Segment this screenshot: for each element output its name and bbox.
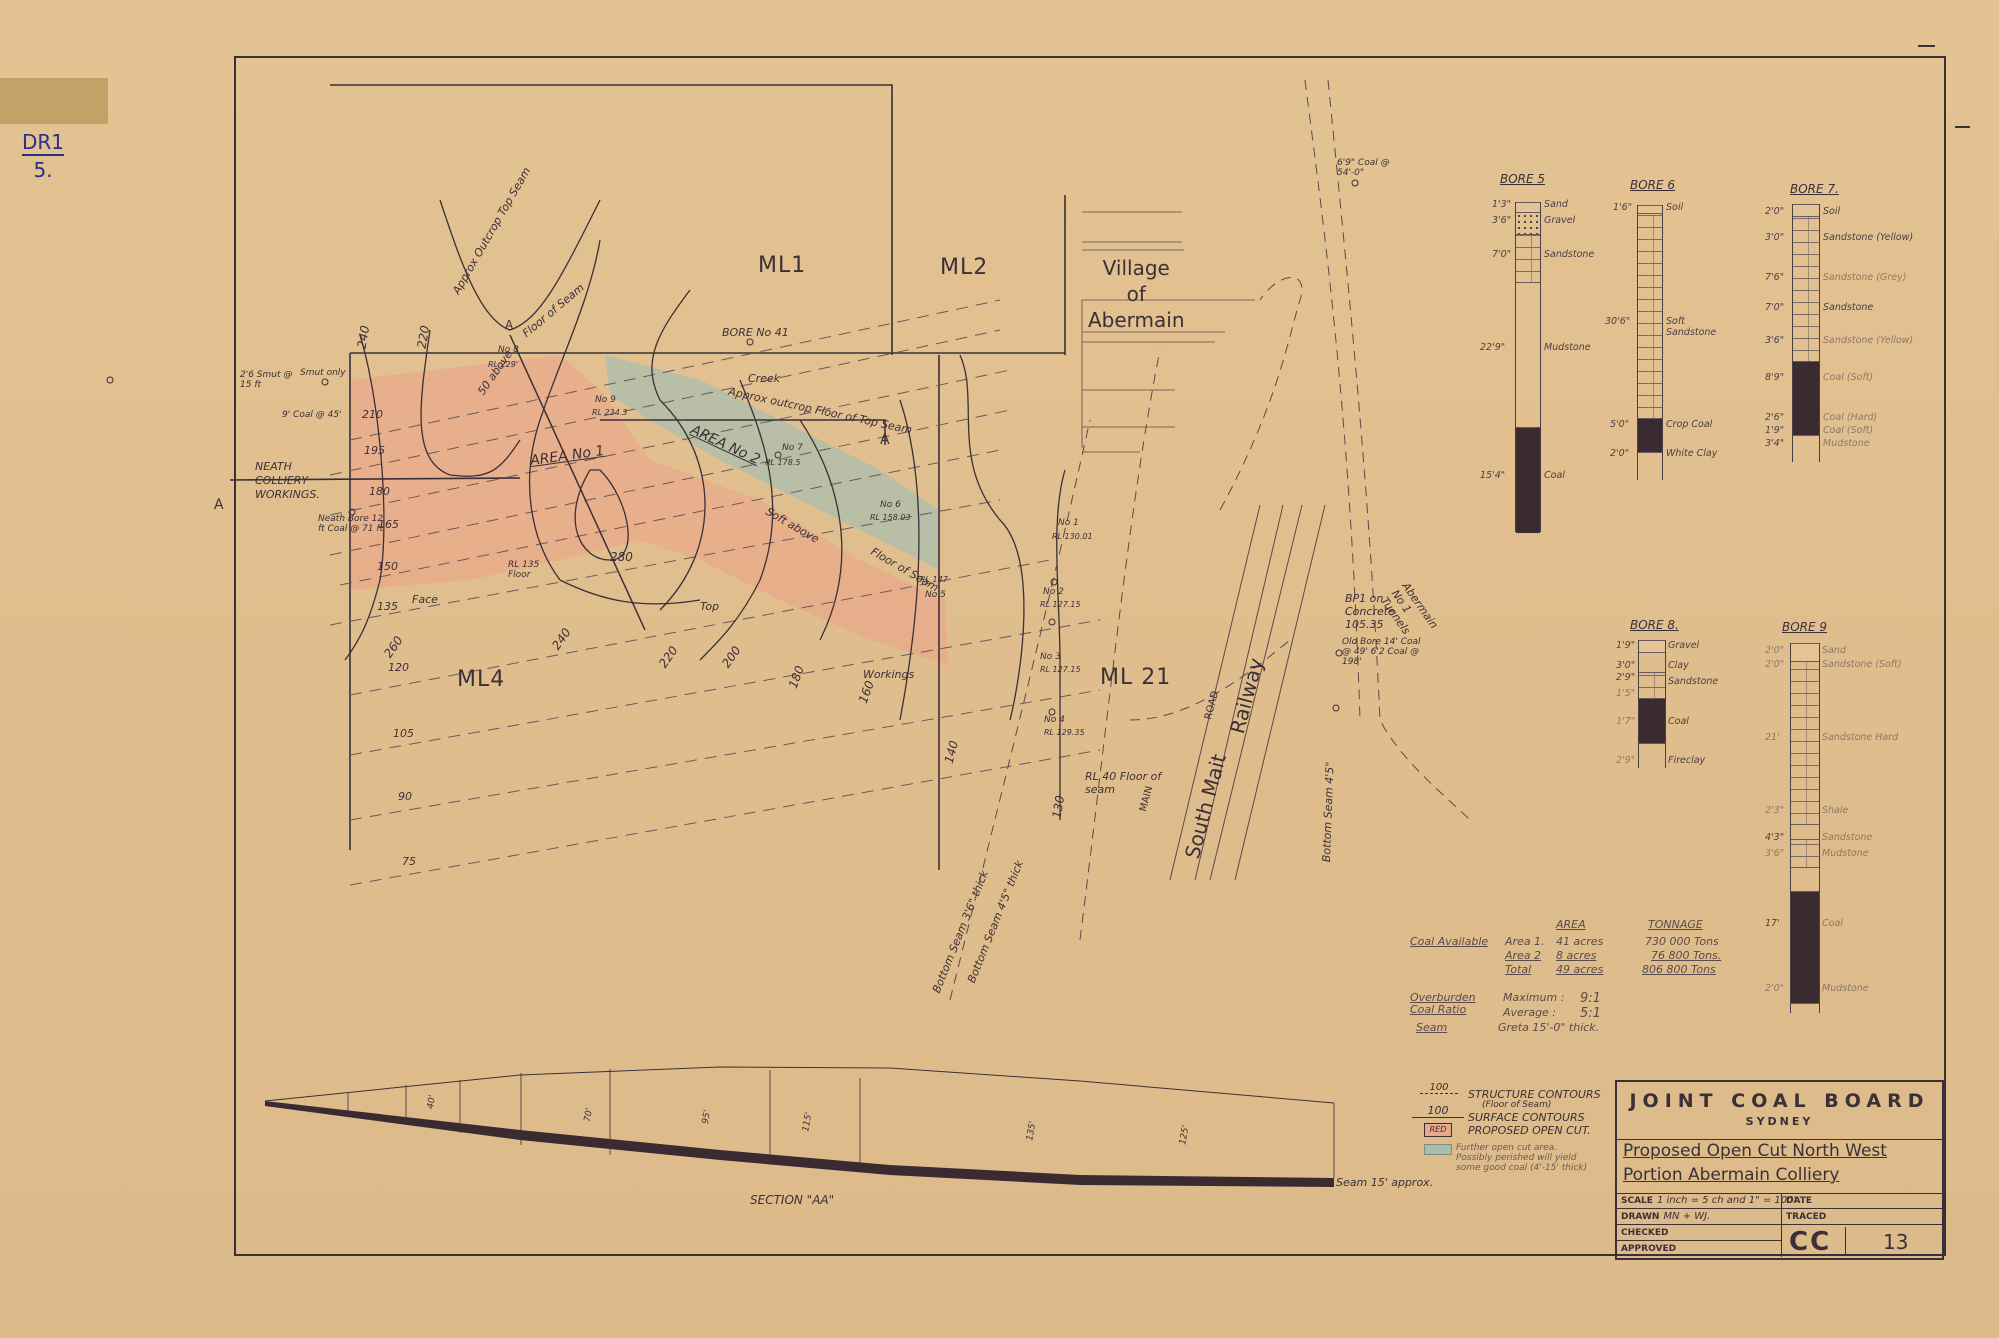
checked-field: CHECKED — [1617, 1225, 1782, 1241]
legend-surface-sample: 100 — [1412, 1104, 1464, 1118]
map-bore-3-rl: RL 127.15 — [1040, 665, 1081, 674]
section-aa-profile — [265, 1067, 1334, 1187]
annotation-creek: Creek — [748, 372, 780, 385]
annotation-face: Face — [412, 593, 438, 606]
bore-log-title: BORE 5 — [1500, 172, 1545, 186]
annotation-smut-only: Smut only — [300, 368, 346, 378]
title-block: JOINT COAL BOARD SYDNEY Proposed Open Cu… — [1615, 1080, 1944, 1260]
map-bore-41: BORE No 41 — [722, 326, 789, 339]
map-bore-6: No 6 — [880, 500, 901, 510]
map-bore-1: No 1 — [1058, 518, 1079, 528]
lease-label-ml1: ML1 — [758, 253, 806, 278]
summary-coal-available-label: Coal Available — [1410, 935, 1488, 948]
structure-contour-150: 150 — [377, 560, 398, 573]
legend-structure-sample: 100 — [1420, 1082, 1458, 1094]
structure-contour-120: 120 — [388, 661, 409, 674]
annotation-coal-54: 6'9" Coal @ 54'-0" — [1337, 158, 1397, 178]
map-bore-5: No 5 — [925, 590, 946, 600]
section-marker-a-north: A — [505, 318, 513, 332]
coal-summary-table: AREA TONNAGE Coal Available Area 1. 41 a… — [1408, 918, 1748, 1048]
legend-blue-label-3: some good coal (4'-15' thick) — [1456, 1163, 1587, 1173]
summary-row-area: 49 acres — [1556, 963, 1603, 976]
map-bore-8: No 8 — [498, 345, 519, 355]
map-sheet: DR1 5. — [0, 0, 1999, 1338]
summary-row-tonnage: 76 800 Tons. — [1651, 949, 1721, 962]
summary-maximum-label: Maximum : — [1503, 991, 1564, 1004]
section-seam-note: Seam 15' approx. — [1336, 1176, 1433, 1189]
bore-log-title: BORE 6 — [1630, 178, 1675, 192]
legend-blue-label-1: Further open cut area. — [1456, 1143, 1557, 1153]
lease-label-ml4: ML4 — [457, 667, 505, 692]
drawing-code: CC — [1789, 1227, 1831, 1257]
bore-log-title: BORE 9 — [1782, 620, 1827, 634]
scale-field: SCALE1 inch = 5 ch and 1" = 100' — [1617, 1193, 1782, 1209]
map-bore-8-rl: RL 229' — [488, 360, 518, 369]
annotation-smut-15: 2'6 Smut @ 15 ft — [240, 370, 300, 390]
annotation-rl40: RL 40 Floor of seam — [1085, 770, 1165, 796]
map-bore-4-rl: RL 129.35 — [1044, 728, 1085, 737]
seam-outcrop-lines — [950, 80, 1470, 1000]
legend-blue-swatch — [1424, 1144, 1452, 1155]
lease-label-ml2: ML2 — [940, 255, 988, 280]
drawn-field: DRAWNMN + WJ. — [1617, 1209, 1782, 1225]
summary-average-label: Average : — [1503, 1006, 1556, 1019]
structure-contour-210: 210 — [362, 408, 383, 421]
annotation-rl135: RL 135 Floor — [508, 560, 558, 580]
legend-surface-label: SURFACE CONTOURS — [1468, 1111, 1585, 1124]
annotation-coal-45: 9' Coal @ 45' — [282, 410, 342, 420]
bore-log-title: BORE 8. — [1630, 618, 1679, 632]
organization-name: JOINT COAL BOARD — [1617, 1090, 1942, 1112]
lease-label-ml21: ML 21 — [1100, 665, 1171, 690]
section-marker-a-east: A — [880, 432, 890, 448]
drawing-title: Proposed Open Cut North West Portion Abe… — [1617, 1139, 1942, 1194]
date-field: DATE — [1782, 1193, 1942, 1209]
map-bore-2-rl: RL 127.15 — [1040, 600, 1081, 609]
summary-row-area: 41 acres — [1556, 935, 1603, 948]
section-marker-a-west: A — [214, 497, 224, 513]
annotation-workings: Workings — [863, 668, 914, 681]
map-bore-2: No 2 — [1043, 587, 1064, 597]
traced-field: TRACED — [1782, 1209, 1942, 1225]
village-label: Village of Abermain — [1088, 255, 1185, 333]
summary-row-name: Area 1. — [1505, 935, 1545, 948]
summary-row-area: 8 acres — [1556, 949, 1596, 962]
structure-contour-180: 180 — [369, 485, 390, 498]
surface-contour-280: 280 — [610, 550, 633, 564]
legend-red-label: PROPOSED OPEN CUT. — [1468, 1124, 1591, 1137]
summary-area-header: AREA — [1556, 918, 1586, 931]
map-bore-9-rl: RL 234.3 — [592, 408, 627, 417]
summary-tonnage-header: TONNAGE — [1648, 918, 1703, 931]
structure-contour-135: 135 — [377, 600, 398, 613]
structure-contour-165: 165 — [378, 518, 399, 531]
legend-blue-label-2: Possibly perished will yield — [1456, 1153, 1576, 1163]
summary-row-tonnage: 730 000 Tons — [1645, 935, 1719, 948]
summary-row-name: Area 2 — [1505, 949, 1541, 962]
map-bore-1-rl: RL 130.01 — [1052, 532, 1093, 541]
summary-average-value: 5:1 — [1580, 1006, 1601, 1021]
map-bore-5-rl: RL 147 — [920, 575, 948, 584]
legend-red-swatch: RED — [1424, 1123, 1452, 1137]
summary-seam-label: Seam — [1416, 1021, 1447, 1034]
summary-maximum-value: 9:1 — [1580, 991, 1601, 1006]
map-bore-4: No 4 — [1044, 715, 1065, 725]
organization-city: SYDNEY — [1617, 1115, 1942, 1128]
summary-seam-value: Greta 15'-0" thick. — [1498, 1021, 1599, 1034]
drawing-number: 13 — [1883, 1230, 1908, 1254]
approved-field: APPROVED — [1617, 1241, 1782, 1257]
map-bore-9: No 9 — [595, 395, 616, 405]
map-bore-6-rl: RL 158.03 — [870, 513, 911, 522]
bore-log-title: BORE 7. — [1790, 182, 1839, 196]
map-bore-3: No 3 — [1040, 652, 1061, 662]
structure-contour-195: 195 — [364, 444, 385, 457]
structure-contour-105: 105 — [393, 727, 414, 740]
neath-workings-label: NEATH COLLIERY WORKINGS. — [255, 460, 320, 502]
structure-contour-75: 75 — [402, 855, 416, 868]
summary-row-tonnage: 806 800 Tons — [1642, 963, 1716, 976]
summary-row-name: Total — [1505, 963, 1531, 976]
summary-coal-ratio-label: Coal Ratio — [1410, 1003, 1466, 1016]
annotation-old-bore: Old Bore 14' Coal @ 49' 6'2 Coal @ 198' — [1342, 637, 1432, 667]
legend-structure-sub: (Floor of Seam) — [1482, 1100, 1551, 1110]
section-aa-label: SECTION "AA" — [750, 1193, 834, 1207]
annotation-top: Top — [700, 600, 719, 613]
map-bore-7-rl: RL 178.5 — [765, 458, 800, 467]
map-bore-7: No 7 — [782, 443, 803, 453]
structure-contour-90: 90 — [398, 790, 412, 803]
